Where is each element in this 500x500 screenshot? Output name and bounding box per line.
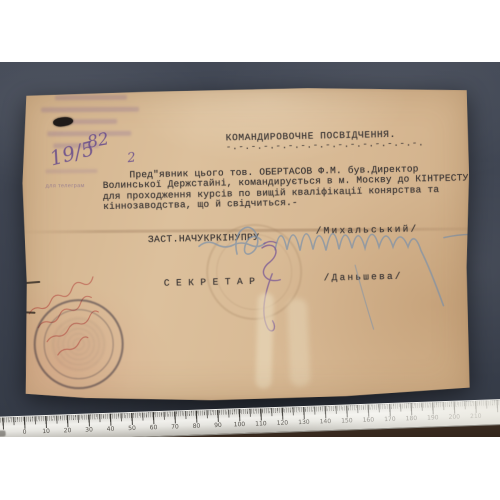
fold-crease xyxy=(22,227,470,233)
blue-ink-signature xyxy=(197,204,473,406)
faded-stamp-line xyxy=(47,131,131,137)
faint-telegraph-note: для телеграм xyxy=(46,183,85,189)
screenshot: для телеграм 19/5 82 2 КОМАНДИРОВОЧНЕ ПО… xyxy=(0,0,500,500)
document-title: КОМАНДИРОВОЧНЕ ПОСВІДЧЕННЯ. xyxy=(226,129,396,144)
red-handwriting xyxy=(22,267,148,363)
faded-stamp-line xyxy=(55,95,127,101)
signature-role-secretary: СЕКРЕТАР xyxy=(164,276,262,289)
handwritten-extra: 2 xyxy=(127,150,137,166)
photo-of-document: для телеграм 19/5 82 2 КОМАНДИРОВОЧНЕ ПО… xyxy=(0,62,500,437)
signature-name-secretary: /Даньшева/ xyxy=(324,271,403,284)
pen-dash xyxy=(24,281,40,284)
white-margin-top xyxy=(0,0,500,62)
handwritten-date: 19/5 xyxy=(47,136,96,170)
water-stain xyxy=(244,292,330,398)
faded-stamp-line xyxy=(53,143,99,148)
faint-round-stamp xyxy=(206,224,303,321)
handwritten-number: 82 xyxy=(86,129,111,153)
signature-name-deputy: /Михальський/ xyxy=(316,223,419,236)
title-underline: -.-.-.-.-.-.-.-.-.-.-.-.-.-.-.-. xyxy=(226,138,425,152)
ink-blot xyxy=(53,116,74,128)
round-seal-stamp xyxy=(33,299,124,390)
white-margin-bottom xyxy=(0,437,500,500)
body-line: для проходження курсів по вищій кваліфік… xyxy=(103,184,483,202)
faded-stamp-line xyxy=(45,169,97,173)
faded-stamp-line xyxy=(41,107,139,113)
pen-dash xyxy=(22,311,35,314)
body-line: Волинської Держстайні, командирується в … xyxy=(103,173,483,191)
signature-role-deputy: ЗАСТ.НАЧУКРКІНУПРУ xyxy=(148,232,260,245)
document-body: Пред"явник цього тов. ОБЕРТАСОВ Ф.М. був… xyxy=(102,163,483,213)
purple-ink-signature xyxy=(234,240,310,336)
body-line: Пред"явник цього тов. ОБЕРТАСОВ Ф.М. був… xyxy=(102,163,482,181)
body-line: кіннозаводства, що й свідчиться.- xyxy=(103,194,483,212)
faded-stamp-line xyxy=(57,119,117,124)
typed-content: КОМАНДИРОВОЧНЕ ПОСВІДЧЕННЯ. -.-.-.-.-.-.… xyxy=(19,83,473,404)
faded-corner-stamp xyxy=(41,95,151,168)
document-paper: для телеграм 19/5 82 2 КОМАНДИРОВОЧНЕ ПО… xyxy=(21,86,471,401)
ruler: 0102030405060708090100110120130140150160… xyxy=(0,398,500,437)
